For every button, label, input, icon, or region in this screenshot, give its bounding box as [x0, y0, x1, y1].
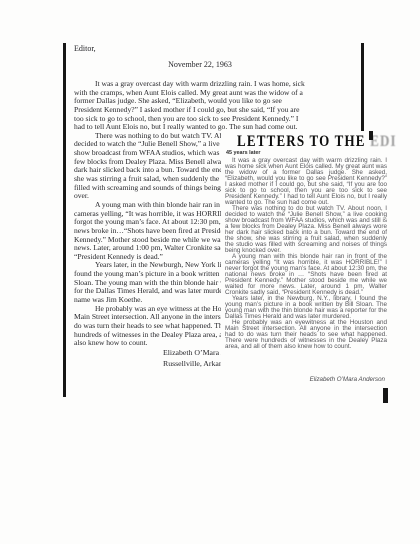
clipping-body: It was a gray overcast day with warm dri… [225, 158, 387, 350]
clipping-paragraph: There was nothing to do but watch TV. Ab… [225, 206, 387, 254]
clipping-headline-text: LETTERS TO THE [237, 133, 366, 150]
clipping-headline-cut-text: EDI [370, 133, 397, 150]
clipping-paragraph: It was a gray overcast day with warm dri… [225, 158, 387, 206]
clipping-subhead: 45 years later [226, 150, 260, 156]
scan-mark-top-right [369, 131, 373, 140]
clipping-signature: Elizabeth O’Mara Anderson [225, 376, 385, 383]
scan-edge-right-bar [361, 43, 364, 133]
clipping-paragraph: A young man with this blonde hair ran in… [225, 254, 387, 296]
letter-date: November 22, 1963 [74, 60, 326, 69]
scanned-letter-page: Editor, November 22, 1963 It was a gray … [0, 0, 420, 544]
newspaper-clipping: LETTERS TO THE EDI 45 years later It was… [221, 131, 390, 392]
letter-salutation: Editor, [74, 44, 96, 53]
scan-mark-bottom-right [383, 388, 388, 403]
clipping-paragraph: Years later, in the Newburg, N.Y., libra… [225, 296, 387, 320]
clipping-paragraph: He probably was an eyewitness at the Hou… [225, 320, 387, 350]
scan-edge-left-bar [63, 43, 66, 397]
